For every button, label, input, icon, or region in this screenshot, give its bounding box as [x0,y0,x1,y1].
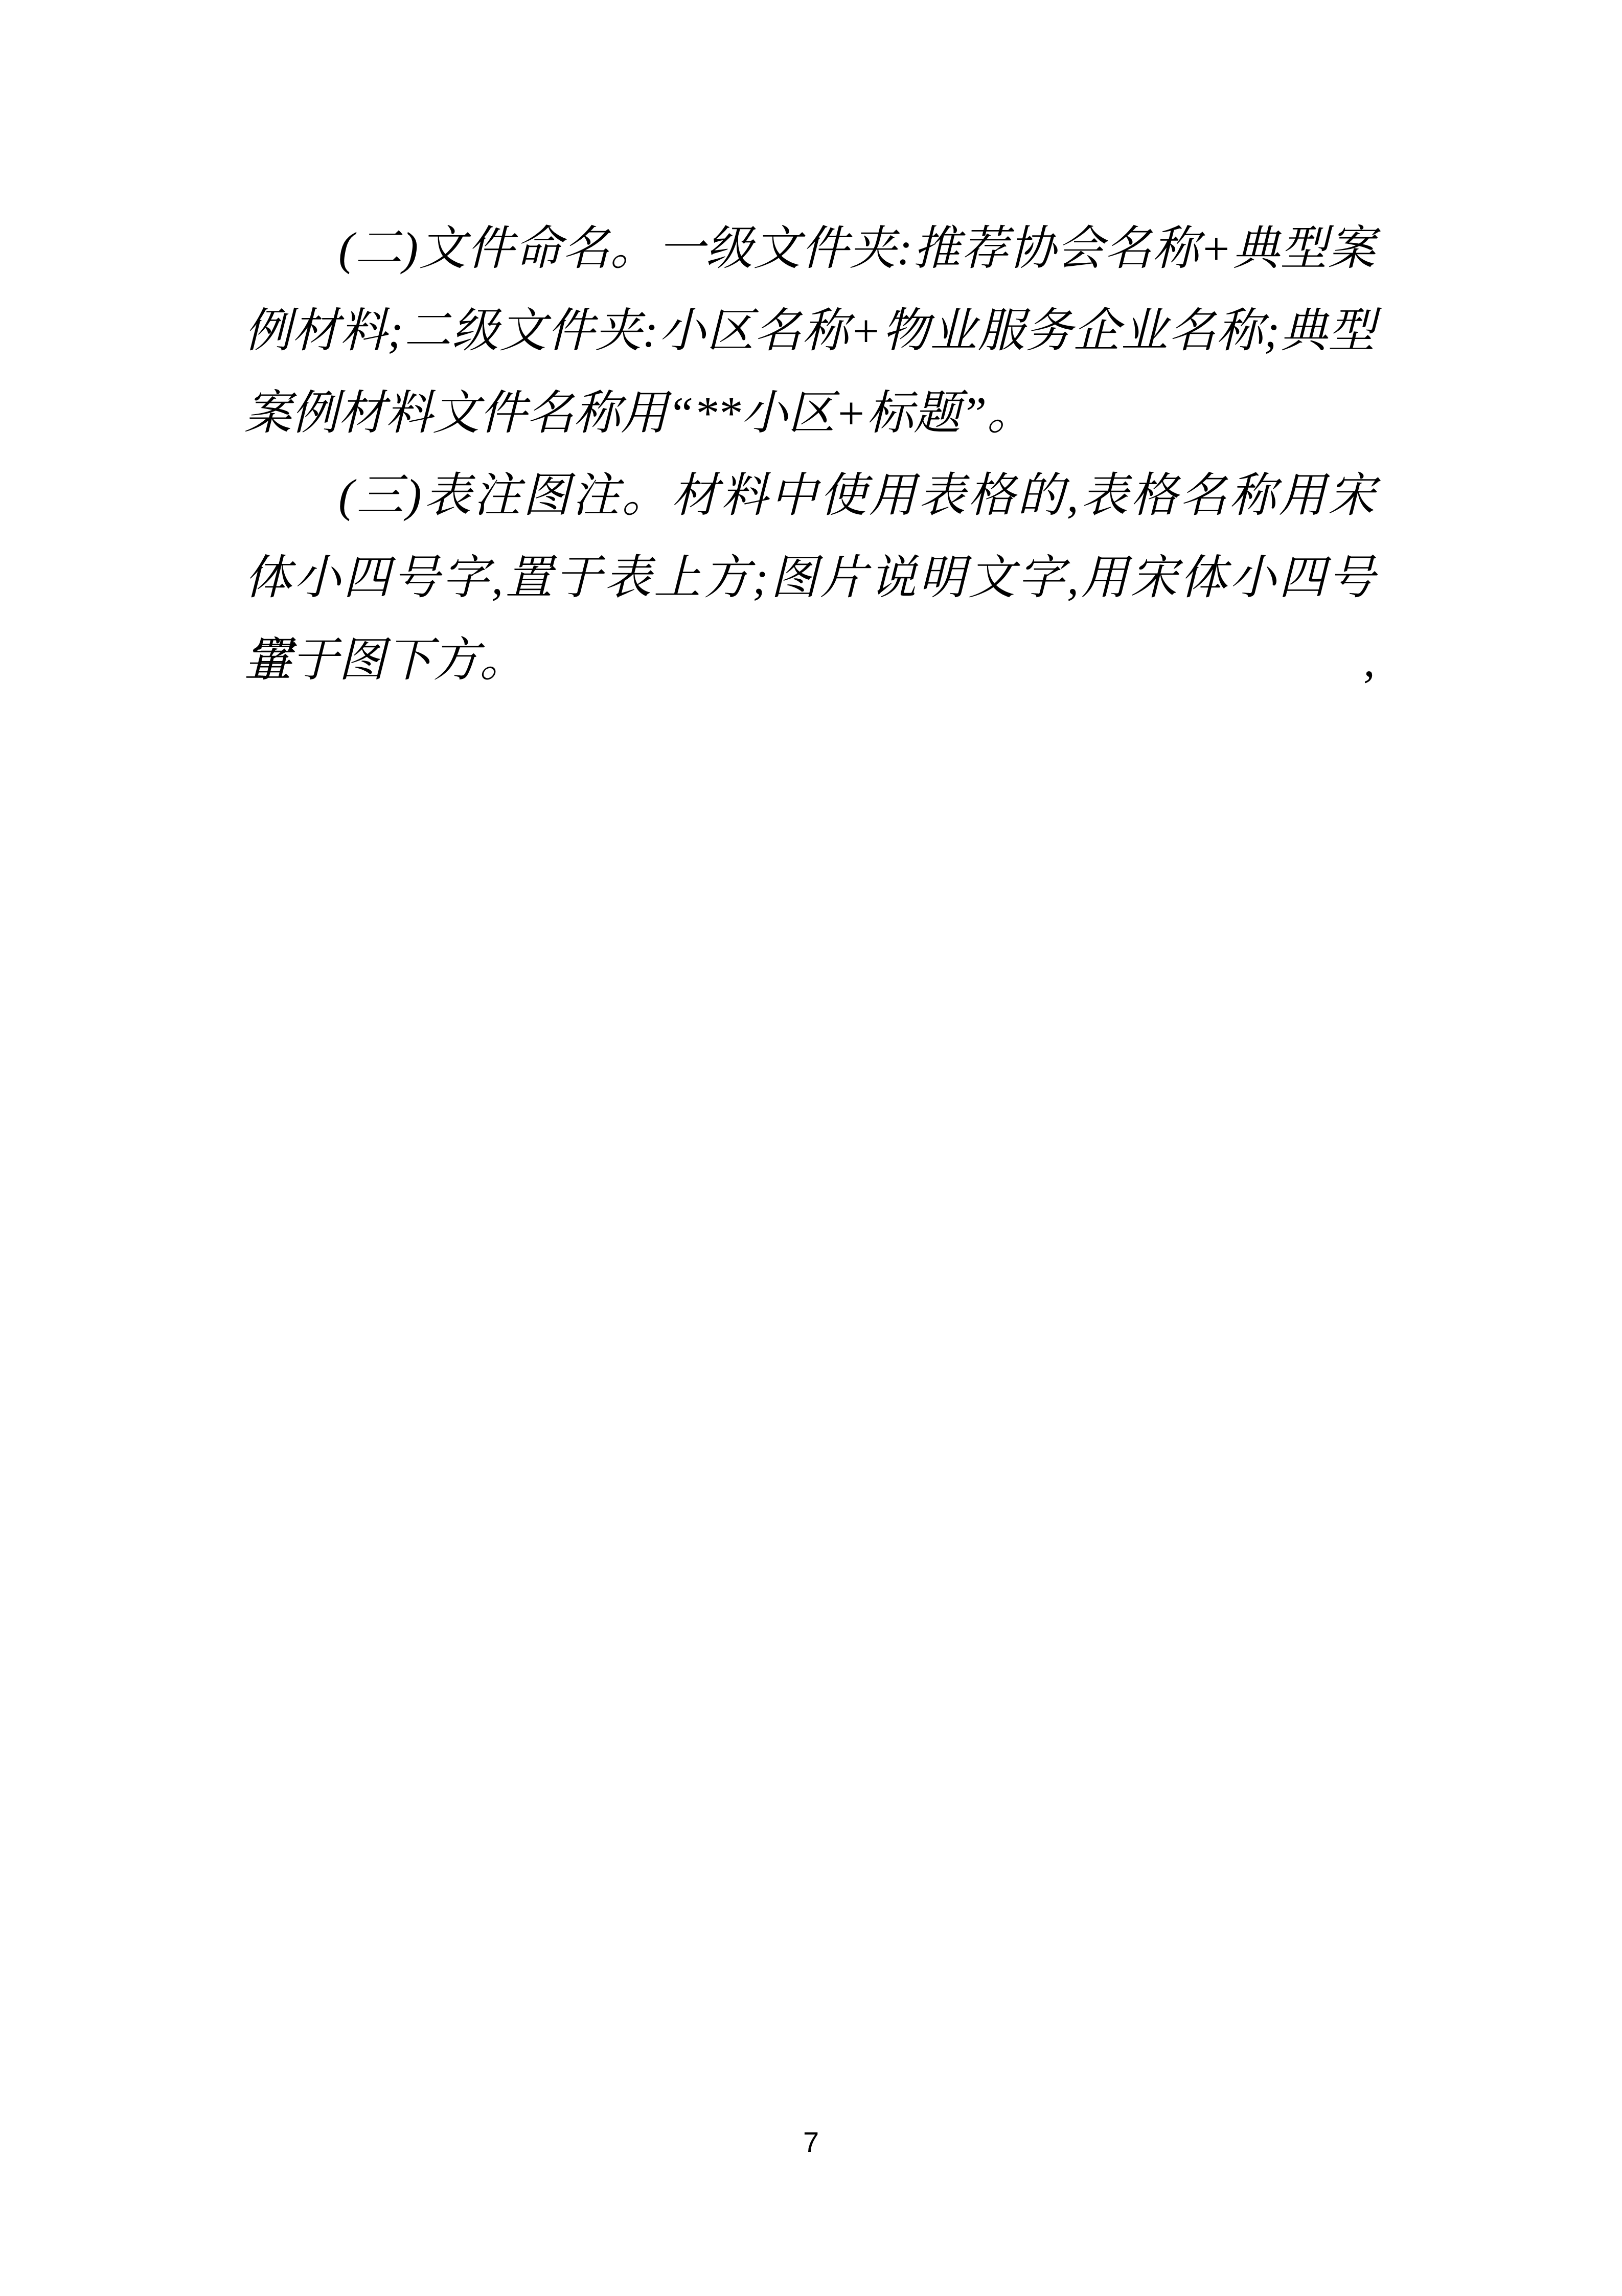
paragraph-2-line-1: (二)文件命名。一级文件夹:推荐协会名称+典型案 [244,208,1375,290]
page-footer: 7 [0,2127,1622,2157]
document-page: (二)文件命名。一级文件夹:推荐协会名称+典型案 例材料;二级文件夹:小区名称+… [0,0,1622,2296]
paragraph-2-line-2: 例材料;二级文件夹:小区名称+物业服务企业名称;典型 [244,290,1375,372]
paragraph-3-line-2: 体小四号字,置于表上方;图片说明文字,用宋体小四号字, [244,537,1375,619]
paragraph-2-line-3: 案例材料文件名称用“**小区+标题”。 [244,372,1375,454]
paragraph-3-line-1: (三)表注图注。材料中使用表格的,表格名称用宋 [244,454,1375,537]
page-number: 7 [803,2126,819,2158]
document-text-block: (二)文件命名。一级文件夹:推荐协会名称+典型案 例材料;二级文件夹:小区名称+… [244,208,1375,701]
